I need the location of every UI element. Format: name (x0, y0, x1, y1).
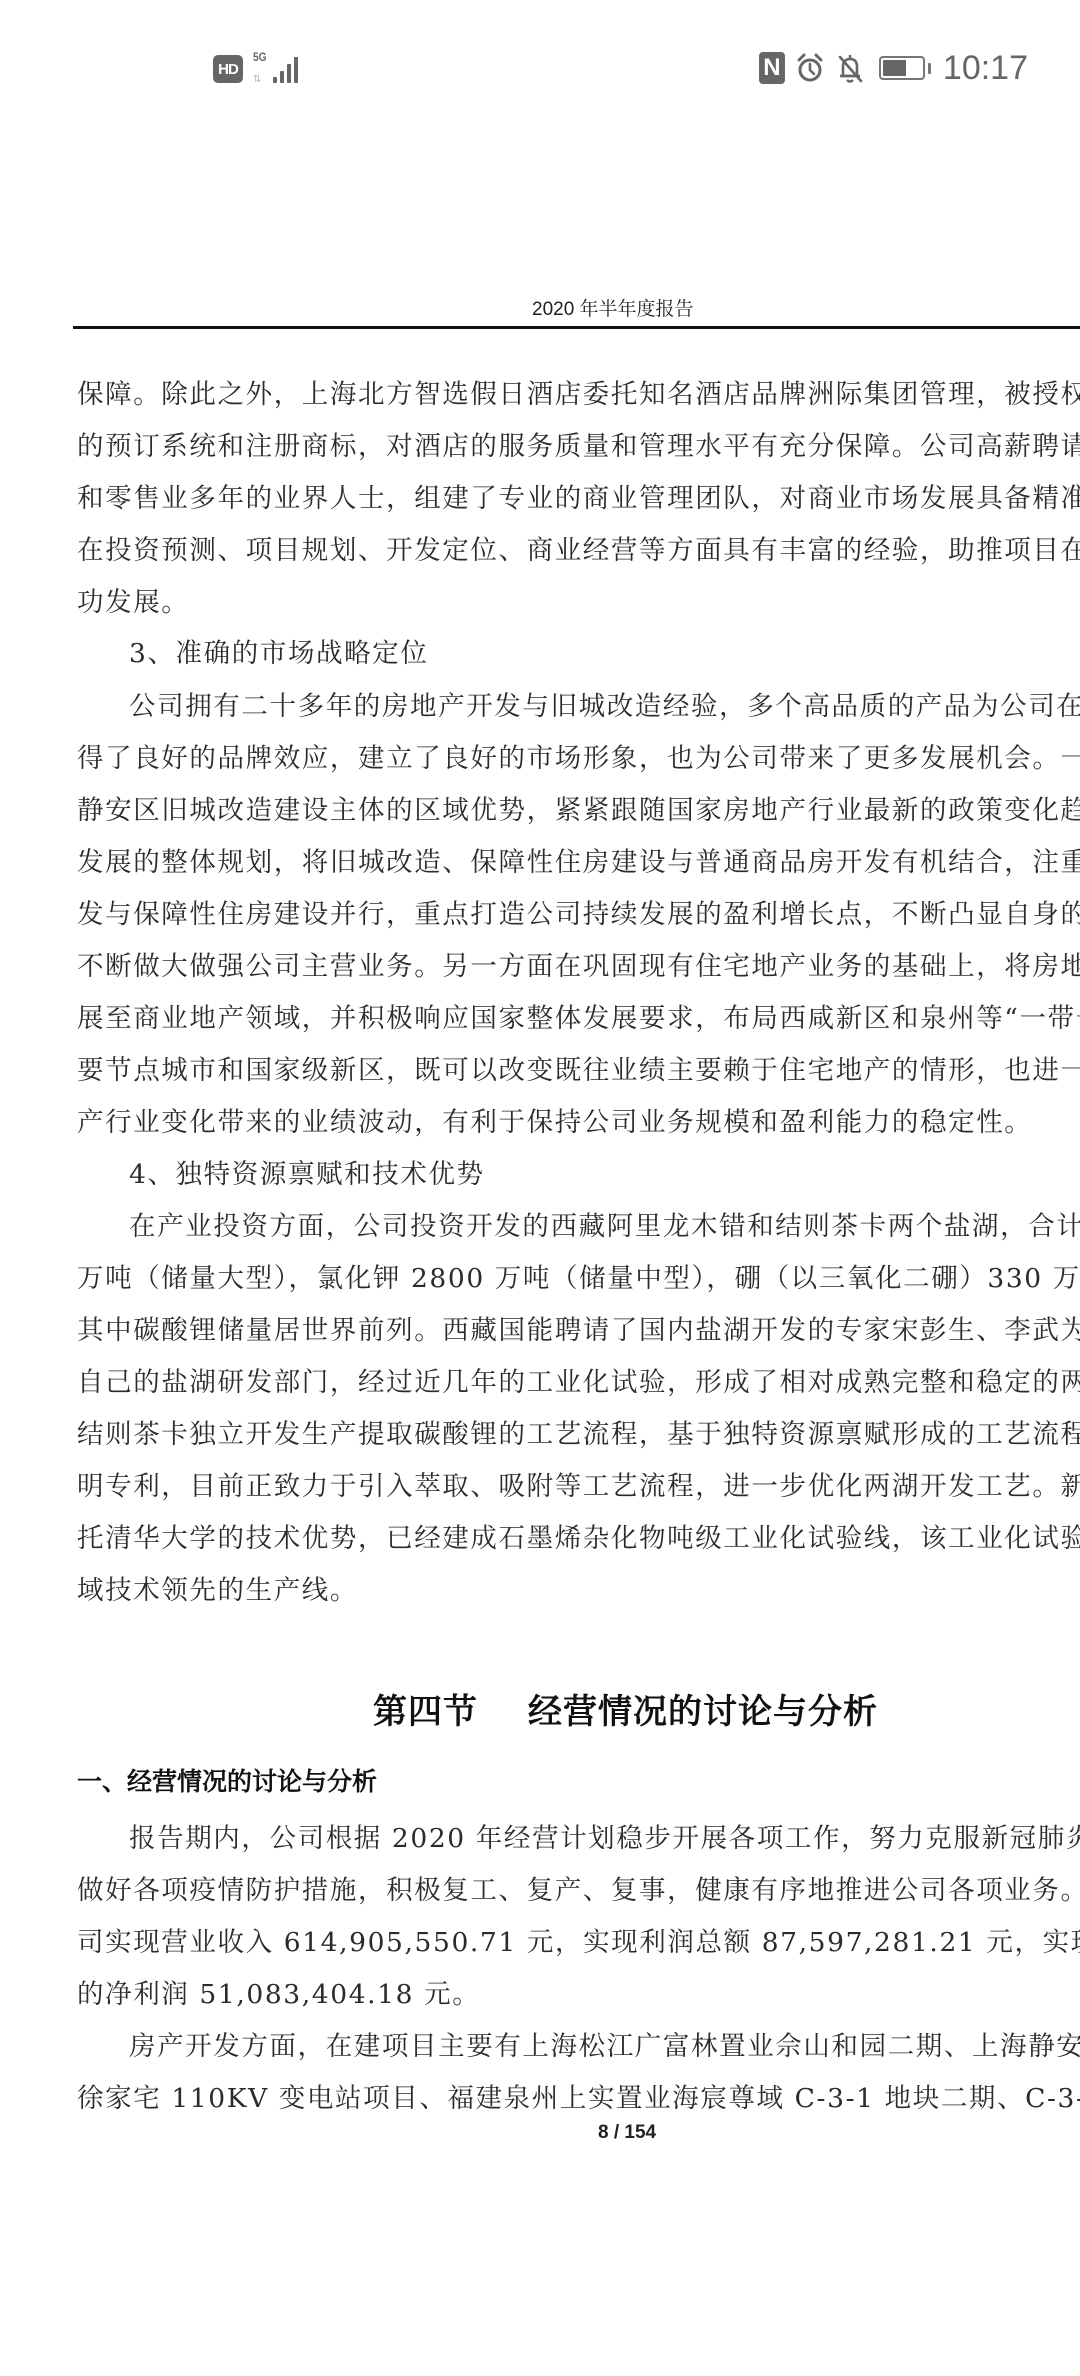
hd-voice-icon: HD (213, 55, 243, 83)
page-indicator: 8 / 154 (598, 2122, 656, 2144)
text-line: 保障。除此之外，上海北方智选假日酒店委托知名酒店品牌洲际集团管理，被授权使用洲际 (77, 382, 1080, 409)
text-line: 其中碳酸锂储量居世界前列。西藏国能聘请了国内盐湖开发的专家宋彭生、李武为顾问，并 (77, 1318, 1080, 1345)
status-bar-right: N 10:17 (759, 46, 1028, 90)
clock: 10:17 (943, 49, 1028, 88)
text-line: 要节点城市和国家级新区，既可以改变既往业绩主要赖于住宅地产的情形，也进一步降低房 (77, 1058, 1080, 1085)
running-header-title: 2020 年半年度报告 (532, 294, 694, 321)
text-line: 4、独特资源禀赋和技术优势 (129, 1162, 485, 1189)
header-divider (73, 326, 1080, 329)
text-line: 产行业变化带来的业绩波动，有利于保持公司业务规模和盈利能力的稳定性。 (77, 1110, 1032, 1137)
silent-mode-icon (835, 52, 865, 84)
text-line: 发与保障性住房建设并行，重点打造公司持续发展的盈利增长点，不断凸显自身的核心竞争 (77, 902, 1080, 929)
text-line: 徐家宅 110KV 变电站项目、福建泉州上实置业海宸尊域 C-3-1 地块二期、… (77, 2086, 1080, 2113)
text-line: 自己的盐湖研发部门，经过近几年的工业化试验，形成了相对成熟完整和稳定的两湖协同开 (77, 1370, 1080, 1397)
battery-level (883, 60, 906, 76)
text-line: 托清华大学的技术优势，已经建成石墨烯杂化物吨级工业化试验线，该工业化试验线目前 (77, 1526, 1080, 1553)
text-line: 在产业投资方面，公司投资开发的西藏阿里龙木错和结则茶卡两个盐湖，合计碳酸锂 (129, 1214, 1080, 1241)
text-line: 房产开发方面，在建项目主要有上海松江广富林置业佘山和园二期、上海静安桥东 (129, 2034, 1080, 2061)
battery-icon (879, 56, 931, 80)
data-activity-icon: ⇅ (253, 74, 261, 85)
subsection-title: 一、经营情况的讨论与分析 (77, 1762, 377, 1798)
text-line: 不断做大做强公司主营业务。另一方面在巩固现有住宅地产业务的基础上，将房地产住宅业 (77, 954, 1080, 981)
text-line: 的净利润 51,083,404.18 元。 (77, 1982, 480, 2009)
signal-bars-icon (273, 57, 298, 83)
text-line: 做好各项疫情防护措施，积极复工、复产、复事，健康有序地推进公司各项业务。报告期 (77, 1878, 1080, 1905)
section-title: 第四节经营情况的讨论与分析 (373, 1684, 878, 1733)
text-line: 得了良好的品牌效应，建立了良好的市场形象，也为公司带来了更多发展机会。一方面依托 (77, 746, 1080, 773)
text-line: 公司拥有二十多年的房地产开发与旧城改造经验，多个高品质的产品为公司在区域内赢 (129, 694, 1080, 721)
text-line: 发展的整体规划，将旧城改造、保障性住房建设与普通商品房开发有机结合，注重普通商品 (77, 850, 1080, 877)
section-number: 第四节 (373, 1692, 478, 1732)
nfc-icon: N (759, 52, 785, 84)
text-line: 在投资预测、项目规划、开发定位、商业经营等方面具有丰富的经验，助推项目在行业中成 (77, 538, 1080, 565)
text-line: 域技术领先的生产线。 (77, 1578, 358, 1605)
text-line: 结则茶卡独立开发生产提取碳酸锂的工艺流程，基于独特资源禀赋形成的工艺流程获得了发 (77, 1422, 1080, 1449)
network-type-label: 5G (253, 50, 267, 64)
text-line: 报告期内，公司根据 2020 年经营计划稳步开展各项工作，努力克服新冠肺炎疫情影… (129, 1826, 1080, 1853)
text-line: 明专利，目前正致力于引入萃取、吸附等工艺流程，进一步优化两湖开发工艺。新材料方面 (77, 1474, 1080, 1501)
text-line: 的预订系统和注册商标，对酒店的服务质量和管理水平有充分保障。公司高薪聘请从事商业 (77, 434, 1080, 461)
text-line: 3、准确的市场战略定位 (129, 641, 428, 668)
alarm-icon (795, 52, 825, 84)
text-line: 展至商业地产领域，并积极响应国家整体发展要求，布局西咸新区和泉州等“一带一路”重 (77, 1006, 1080, 1033)
section-title-text: 经营情况的讨论与分析 (528, 1692, 878, 1732)
text-line: 万吨（储量大型），氯化钾 2800 万吨（储量中型），硼（以三氧化二硼）330 … (77, 1266, 1080, 1293)
status-bar-left: HD 5G ⇅ (213, 53, 301, 85)
text-line: 和零售业多年的业界人士，组建了专业的商业管理团队，对商业市场发展具备精准的洞察力 (77, 486, 1080, 513)
status-bar: HD 5G ⇅ N (0, 0, 1080, 140)
text-line: 司实现营业收入 614,905,550.71 元，实现利润总额 87,597,2… (77, 1930, 1080, 1957)
text-line: 功发展。 (77, 590, 189, 617)
cellular-signal-icon: 5G ⇅ (253, 53, 301, 85)
text-line: 静安区旧城改造建设主体的区域优势，紧紧跟随国家房地产行业最新的政策变化趋势，围绕 (77, 798, 1080, 825)
